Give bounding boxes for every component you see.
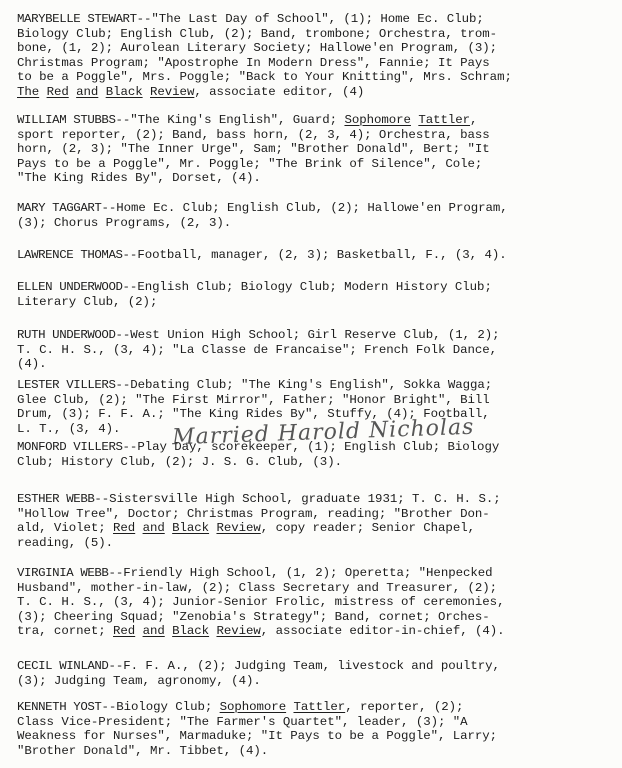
entry-text: --"The King's English", Guard; [116, 113, 345, 127]
entry-text: bone, (1, 2); Aurolean Literary Society;… [17, 41, 497, 55]
entry-text: reading, (5). [17, 536, 113, 550]
student-name: KENNETH YOST [17, 700, 101, 714]
entry-line: to be a Poggle", Mrs. Poggle; "Back to Y… [17, 70, 617, 85]
entry-text: Weakness for Nurses", Marmaduke; "It Pay… [17, 729, 497, 743]
entry-text: Pays to be a Poggle", Mr. Poggle; "The B… [17, 157, 482, 171]
entry-text [135, 624, 142, 638]
student-name: CECIL WINLAND [17, 659, 108, 673]
entry-text: "Brother Donald", Mr. Tibbet, (4). [17, 744, 268, 758]
entry-text: (4). [17, 357, 47, 371]
entry-line: RUTH UNDERWOOD--West Union High School; … [17, 328, 617, 343]
entry-text: , associate editor, (4) [194, 85, 364, 99]
entry-line: Husband", mother-in-law, (2); Class Secr… [17, 581, 617, 596]
entry-text [135, 521, 142, 535]
student-name: WILLIAM STUBBS [17, 113, 116, 127]
underlined-title: Sophomore [220, 700, 286, 714]
entry-text: "Hollow Tree", Doctor; Christmas Program… [17, 507, 490, 521]
underlined-title: Sophomore [344, 113, 410, 127]
entry-line: (3); Chorus Programs, (2, 3). [17, 216, 617, 231]
entry-line: Literary Club, (2); [17, 295, 617, 310]
student-name: ESTHER WEBB [17, 492, 94, 506]
entry-line: (3); Judging Team, agronomy, (4). [17, 674, 617, 689]
entry-text: "The King Rides By", Dorset, (4). [17, 171, 261, 185]
entry-text: ald, Violet; [17, 521, 113, 535]
student-entry: KENNETH YOST--Biology Club; Sophomore Ta… [17, 700, 617, 758]
underlined-title: Red [113, 624, 135, 638]
entry-text: , [470, 113, 477, 127]
entry-text [143, 85, 150, 99]
underlined-title: Tattler [293, 700, 345, 714]
student-entry: MARYBELLE STEWART--"The Last Day of Scho… [17, 12, 617, 100]
underlined-title: and [143, 521, 165, 535]
entry-text [39, 85, 46, 99]
student-entry: ELLEN UNDERWOOD--English Club; Biology C… [17, 280, 617, 309]
student-entry: ESTHER WEBB--Sistersville High School, g… [17, 492, 617, 550]
underlined-title: and [143, 624, 165, 638]
entry-line: MARYBELLE STEWART--"The Last Day of Scho… [17, 12, 617, 27]
entry-line: LESTER VILLERS--Debating Club; "The King… [17, 378, 617, 393]
underlined-title: Review [216, 624, 260, 638]
entry-line: "Brother Donald", Mr. Tibbet, (4). [17, 744, 617, 759]
entry-text: --English Club; Biology Club; Modern His… [123, 280, 492, 294]
entry-text: tra, cornet; [17, 624, 113, 638]
student-name: VIRGINIA WEBB [17, 566, 108, 580]
entry-text: , reporter, (2); [345, 700, 463, 714]
entry-line: T. C. H. S., (3, 4); Junior-Senior Froli… [17, 595, 617, 610]
entry-line: Class Vice-President; "The Farmer's Quar… [17, 715, 617, 730]
entry-text: --F. F. A., (2); Judging Team, livestock… [108, 659, 499, 673]
entry-text: --Football, manager, (2, 3); Basketball,… [123, 248, 507, 262]
entry-text: L. T., (3, 4). [17, 422, 120, 436]
entry-text: Glee Club, (2); "The First Mirror", Fath… [17, 393, 490, 407]
underlined-title: Red [47, 85, 69, 99]
underlined-title: Black [172, 521, 209, 535]
underlined-title: Red [113, 521, 135, 535]
underlined-title: Tattler [418, 113, 470, 127]
student-name: RUTH UNDERWOOD [17, 328, 116, 342]
entry-line: (3); Cheering Squad; "Zenobia's Strategy… [17, 610, 617, 625]
student-entry: CECIL WINLAND--F. F. A., (2); Judging Te… [17, 659, 617, 688]
underlined-title: Black [172, 624, 209, 638]
entry-line: reading, (5). [17, 536, 617, 551]
entry-line: MARY TAGGART--Home Ec. Club; English Clu… [17, 201, 617, 216]
entry-text: Literary Club, (2); [17, 295, 157, 309]
entry-text: Class Vice-President; "The Farmer's Quar… [17, 715, 468, 729]
entry-text: T. C. H. S., (3, 4); "La Classe de Franc… [17, 343, 497, 357]
underlined-title: Review [216, 521, 260, 535]
entry-line: The Red and Black Review, associate edit… [17, 85, 617, 100]
entry-text [98, 85, 105, 99]
student-name: LAWRENCE THOMAS [17, 248, 123, 262]
entry-text: (3); Chorus Programs, (2, 3). [17, 216, 231, 230]
entry-text: (3); Cheering Squad; "Zenobia's Strategy… [17, 610, 490, 624]
entry-text: --Home Ec. Club; English Club, (2); Hall… [101, 201, 507, 215]
entry-text: --Debating Club; "The King's English", S… [116, 378, 493, 392]
student-name: LESTER VILLERS [17, 378, 116, 392]
entry-text: --"The Last Day of School", (1); Home Ec… [137, 12, 484, 26]
entry-text: --West Union High School; Girl Reserve C… [116, 328, 500, 342]
entry-text: --Friendly High School, (1, 2); Operetta… [108, 566, 492, 580]
student-entry: MARY TAGGART--Home Ec. Club; English Clu… [17, 201, 617, 230]
underlined-title: The [17, 85, 39, 99]
entry-text: Club; History Club, (2); J. S. G. Club, … [17, 455, 342, 469]
entry-text: Biology Club; English Club, (2); Band, t… [17, 27, 497, 41]
underlined-title: and [76, 85, 98, 99]
entry-line: ELLEN UNDERWOOD--English Club; Biology C… [17, 280, 617, 295]
entry-line: "Hollow Tree", Doctor; Christmas Program… [17, 507, 617, 522]
entry-text: horn, (2, 3); "The Inner Urge", Sam; "Br… [17, 142, 490, 156]
entry-text: sport reporter, (2); Band, bass horn, (2… [17, 128, 490, 142]
entry-line: Biology Club; English Club, (2); Band, t… [17, 27, 617, 42]
entry-text: Husband", mother-in-law, (2); Class Secr… [17, 581, 497, 595]
entry-line: horn, (2, 3); "The Inner Urge", Sam; "Br… [17, 142, 617, 157]
entry-text: T. C. H. S., (3, 4); Junior-Senior Froli… [17, 595, 504, 609]
entry-line: Christmas Program; "Apostrophe In Modern… [17, 56, 617, 71]
entry-line: KENNETH YOST--Biology Club; Sophomore Ta… [17, 700, 617, 715]
entry-line: WILLIAM STUBBS--"The King's English", Gu… [17, 113, 617, 128]
student-entry: WILLIAM STUBBS--"The King's English", Gu… [17, 113, 617, 186]
entry-line: Pays to be a Poggle", Mr. Poggle; "The B… [17, 157, 617, 172]
entry-line: Glee Club, (2); "The First Mirror", Fath… [17, 393, 617, 408]
entry-line: sport reporter, (2); Band, bass horn, (2… [17, 128, 617, 143]
entry-text: , associate editor-in-chief, (4). [261, 624, 505, 638]
entry-line: Weakness for Nurses", Marmaduke; "It Pay… [17, 729, 617, 744]
entry-line: VIRGINIA WEBB--Friendly High School, (1,… [17, 566, 617, 581]
entry-line: ESTHER WEBB--Sistersville High School, g… [17, 492, 617, 507]
underlined-title: Review [150, 85, 194, 99]
entry-text: Christmas Program; "Apostrophe In Modern… [17, 56, 490, 70]
entry-line: CECIL WINLAND--F. F. A., (2); Judging Te… [17, 659, 617, 674]
entry-text: --Biology Club; [101, 700, 219, 714]
student-name: ELLEN UNDERWOOD [17, 280, 123, 294]
entry-text: --Sistersville High School, graduate 193… [94, 492, 500, 506]
student-name: MONFORD VILLERS [17, 440, 123, 454]
entry-line: T. C. H. S., (3, 4); "La Classe de Franc… [17, 343, 617, 358]
entry-text: (3); Judging Team, agronomy, (4). [17, 674, 261, 688]
entry-line: Club; History Club, (2); J. S. G. Club, … [17, 455, 617, 470]
student-entry: LAWRENCE THOMAS--Football, manager, (2, … [17, 248, 617, 263]
entry-line: LAWRENCE THOMAS--Football, manager, (2, … [17, 248, 617, 263]
entry-line: (4). [17, 357, 617, 372]
student-entry: RUTH UNDERWOOD--West Union High School; … [17, 328, 617, 372]
entry-text: to be a Poggle", Mrs. Poggle; "Back to Y… [17, 70, 512, 84]
student-name: MARYBELLE STEWART [17, 12, 137, 26]
entry-text: , copy reader; Senior Chapel, [261, 521, 475, 535]
student-name: MARY TAGGART [17, 201, 101, 215]
entry-line: tra, cornet; Red and Black Review, assoc… [17, 624, 617, 639]
yearbook-page: MARYBELLE STEWART--"The Last Day of Scho… [0, 0, 622, 768]
underlined-title: Black [106, 85, 143, 99]
entry-line: "The King Rides By", Dorset, (4). [17, 171, 617, 186]
entry-line: bone, (1, 2); Aurolean Literary Society;… [17, 41, 617, 56]
entry-line: ald, Violet; Red and Black Review, copy … [17, 521, 617, 536]
student-entry: VIRGINIA WEBB--Friendly High School, (1,… [17, 566, 617, 639]
